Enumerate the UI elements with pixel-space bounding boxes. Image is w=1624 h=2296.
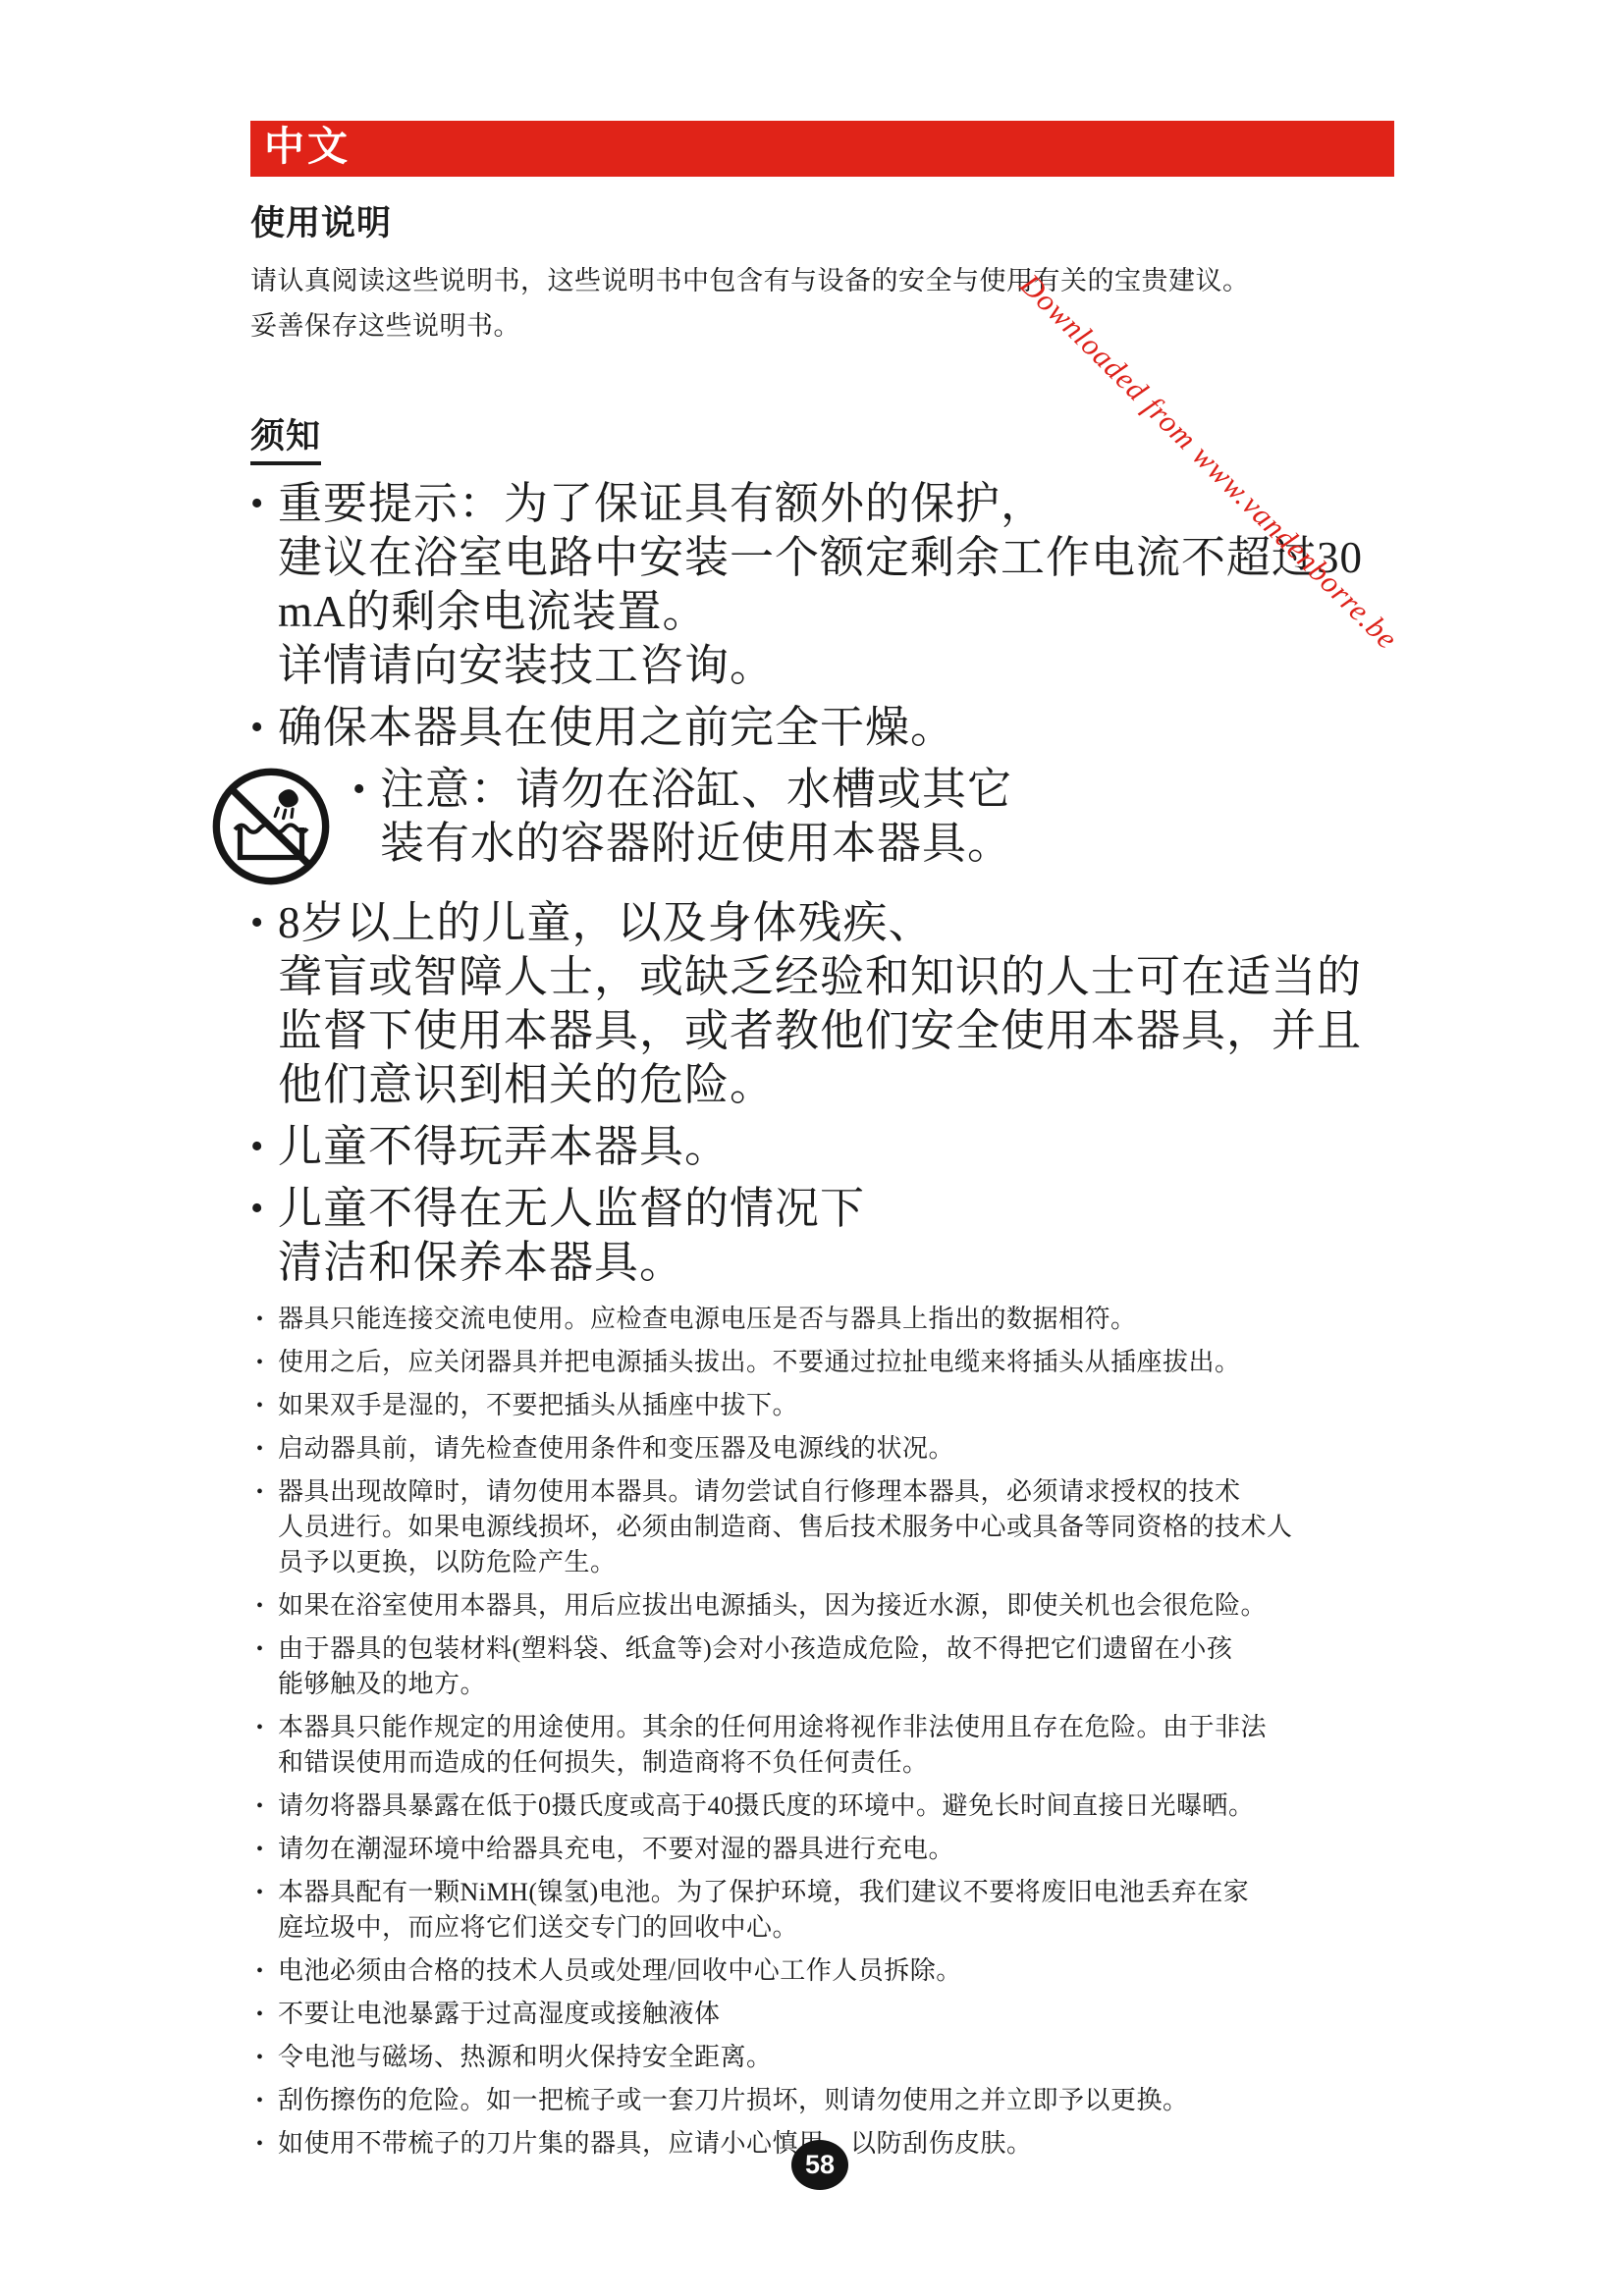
notice-item-text: 请勿将器具暴露在低于0摄氏度或高于40摄氏度的环境中。避免长时间直接日光曝晒。 <box>278 1789 1255 1824</box>
intro-text: 请认真阅读这些说明书，这些说明书中包含有与设备的安全与使用有关的宝贵建议。 妥善… <box>250 258 1437 348</box>
list-item: •刮伤擦伤的危险。如一把梳子或一套刀片损坏，则请勿使用之并立即予以更换。 <box>250 2083 1437 2118</box>
list-item: •本器具配有一颗NiMH(镍氢)电池。为了保护环境，我们建议不要将废旧电池丢弃在… <box>250 1875 1437 1946</box>
bullet-icon: • <box>250 1588 278 1624</box>
notice-item-text: 请勿在潮湿环境中给器具充电，不要对湿的器具进行充电。 <box>278 1832 954 1867</box>
bullet-icon: • <box>250 2126 278 2162</box>
notice-item-text: 器具只能连接交流电使用。应检查电源电压是否与器具上指出的数据相符。 <box>278 1302 1137 1337</box>
bullet-icon: • <box>250 1953 278 1989</box>
page-number: 58 <box>805 2150 835 2180</box>
bullet-icon: • <box>250 2040 278 2075</box>
bullet-icon: • <box>250 1431 278 1467</box>
notice-item-text: 注意：请勿在浴缸、水槽或其它 装有水的容器附近使用本器具。 <box>380 763 1012 871</box>
bullet-icon: • <box>250 1345 278 1380</box>
bullet-icon: • <box>250 2083 278 2118</box>
list-item: •儿童不得玩弄本器具。 <box>250 1120 1437 1174</box>
notice-heading: 须知 <box>250 409 321 465</box>
list-item: •由于器具的包装材料(塑料袋、纸盒等)会对小孩造成危险，故不得把它们遗留在小孩 … <box>250 1631 1437 1702</box>
notice-item-text: 如使用不带梳子的刀片集的器具，应请小心慎用，以防刮伤皮肤。 <box>278 2126 1033 2162</box>
notice-item-text: 本器具配有一颗NiMH(镍氢)电池。为了保护环境，我们建议不要将废旧电池丢弃在家… <box>278 1875 1249 1946</box>
list-item: •8岁以上的儿童，以及身体残疾、 聋盲或智障人士，或缺乏经验和知识的人士可在适当… <box>250 896 1437 1112</box>
bullet-icon: • <box>250 1302 278 1337</box>
notice-item-text: 如果在浴室使用本器具，用后应拔出电源插头，因为接近水源，即使关机也会很危险。 <box>278 1588 1267 1624</box>
bullet-icon: • <box>250 1875 278 1910</box>
page-number-badge: 58 <box>791 2140 848 2190</box>
bullet-icon: • <box>352 763 380 817</box>
bullet-icon: • <box>250 1120 278 1174</box>
bullet-icon: • <box>250 896 278 950</box>
notice-item-text: 儿童不得玩弄本器具。 <box>278 1120 730 1174</box>
language-banner-title: 中文 <box>264 127 351 171</box>
list-item: •器具出现故障时，请勿使用本器具。请勿尝试自行修理本器具，必须请求授权的技术 人… <box>250 1474 1437 1580</box>
notice-item-text: 使用之后，应关闭器具并把电源插头拔出。不要通过拉扯电缆来将插头从插座拔出。 <box>278 1345 1241 1380</box>
bullet-icon: • <box>250 701 278 755</box>
notice-item-text: 令电池与磁场、热源和明火保持安全距离。 <box>278 2040 773 2075</box>
list-item: •请勿在潮湿环境中给器具充电，不要对湿的器具进行充电。 <box>250 1832 1437 1867</box>
list-item: •令电池与磁场、热源和明火保持安全距离。 <box>250 2040 1437 2075</box>
list-item: •电池必须由合格的技术人员或处理/回收中心工作人员拆除。 <box>250 1953 1437 1989</box>
list-item: •启动器具前，请先检查使用条件和变压器及电源线的状况。 <box>250 1431 1437 1467</box>
notice-item-text: 儿童不得在无人监督的情况下 清洁和保养本器具。 <box>278 1182 865 1290</box>
notice-item-text: 如果双手是湿的，不要把插头从插座中拔下。 <box>278 1388 798 1423</box>
list-item: •器具只能连接交流电使用。应检查电源电压是否与器具上指出的数据相符。 <box>250 1302 1437 1337</box>
bullet-icon: • <box>250 1388 278 1423</box>
notice-item-text: 不要让电池暴露于过高湿度或接触液体 <box>278 1997 721 2032</box>
notice-item-text: 重要提示：为了保证具有额外的保护， 建议在浴室电路中安装一个额定剩余工作电流不超… <box>278 477 1363 693</box>
bullet-icon: • <box>250 1631 278 1667</box>
notice-item-text: 启动器具前，请先检查使用条件和变压器及电源线的状况。 <box>278 1431 954 1467</box>
bullet-icon: • <box>250 1997 278 2032</box>
list-item: •如果在浴室使用本器具，用后应拔出电源插头，因为接近水源，即使关机也会很危险。 <box>250 1588 1437 1624</box>
language-banner: 中文 <box>250 121 1394 177</box>
list-item: •确保本器具在使用之前完全干燥。 <box>250 701 1437 755</box>
notice-big-list: •重要提示：为了保证具有额外的保护， 建议在浴室电路中安装一个额定剩余工作电流不… <box>250 477 1437 1290</box>
notice-item-text: 确保本器具在使用之前完全干燥。 <box>278 701 955 755</box>
notice-item-text: 本器具只能作规定的用途使用。其余的任何用途将视作非法使用且存在危险。由于非法 和… <box>278 1710 1267 1781</box>
list-item: •使用之后，应关闭器具并把电源插头拔出。不要通过拉扯电缆来将插头从插座拔出。 <box>250 1345 1437 1380</box>
notice-item-text: 由于器具的包装材料(塑料袋、纸盒等)会对小孩造成危险，故不得把它们遗留在小孩 能… <box>278 1631 1232 1702</box>
list-item: •请勿将器具暴露在低于0摄氏度或高于40摄氏度的环境中。避免长时间直接日光曝晒。 <box>250 1789 1437 1824</box>
list-item: •本器具只能作规定的用途使用。其余的任何用途将视作非法使用且存在危险。由于非法 … <box>250 1710 1437 1781</box>
page-content: 中文 使用说明 请认真阅读这些说明书，这些说明书中包含有与设备的安全与使用有关的… <box>0 0 1624 2296</box>
bullet-icon: • <box>250 1710 278 1745</box>
bullet-icon: • <box>250 1789 278 1824</box>
bullet-icon: • <box>250 1832 278 1867</box>
manual-page: 中文 使用说明 请认真阅读这些说明书，这些说明书中包含有与设备的安全与使用有关的… <box>0 0 1624 2296</box>
notice-small-list: •器具只能连接交流电使用。应检查电源电压是否与器具上指出的数据相符。•使用之后，… <box>250 1302 1437 2162</box>
notice-item-text: 8岁以上的儿童，以及身体残疾、 聋盲或智障人士，或缺乏经验和知识的人士可在适当的… <box>278 896 1362 1112</box>
bullet-icon: • <box>250 477 278 531</box>
list-item: •儿童不得在无人监督的情况下 清洁和保养本器具。 <box>250 1182 1437 1290</box>
notice-item-text: 电池必须由合格的技术人员或处理/回收中心工作人员拆除。 <box>278 1953 962 1989</box>
list-item: •注意：请勿在浴缸、水槽或其它 装有水的容器附近使用本器具。 <box>209 763 1437 888</box>
list-item: •如果双手是湿的，不要把插头从插座中拔下。 <box>250 1388 1437 1423</box>
notice-item-text: 刮伤擦伤的危险。如一把梳子或一套刀片损坏，则请勿使用之并立即予以更换。 <box>278 2083 1189 2118</box>
notice-item-text: 器具出现故障时，请勿使用本器具。请勿尝试自行修理本器具，必须请求授权的技术 人员… <box>278 1474 1293 1580</box>
list-item: •不要让电池暴露于过高湿度或接触液体 <box>250 1997 1437 2032</box>
no-water-icon <box>209 765 333 888</box>
bullet-icon: • <box>250 1474 278 1510</box>
usage-heading: 使用说明 <box>250 196 1437 245</box>
bullet-icon: • <box>250 1182 278 1236</box>
